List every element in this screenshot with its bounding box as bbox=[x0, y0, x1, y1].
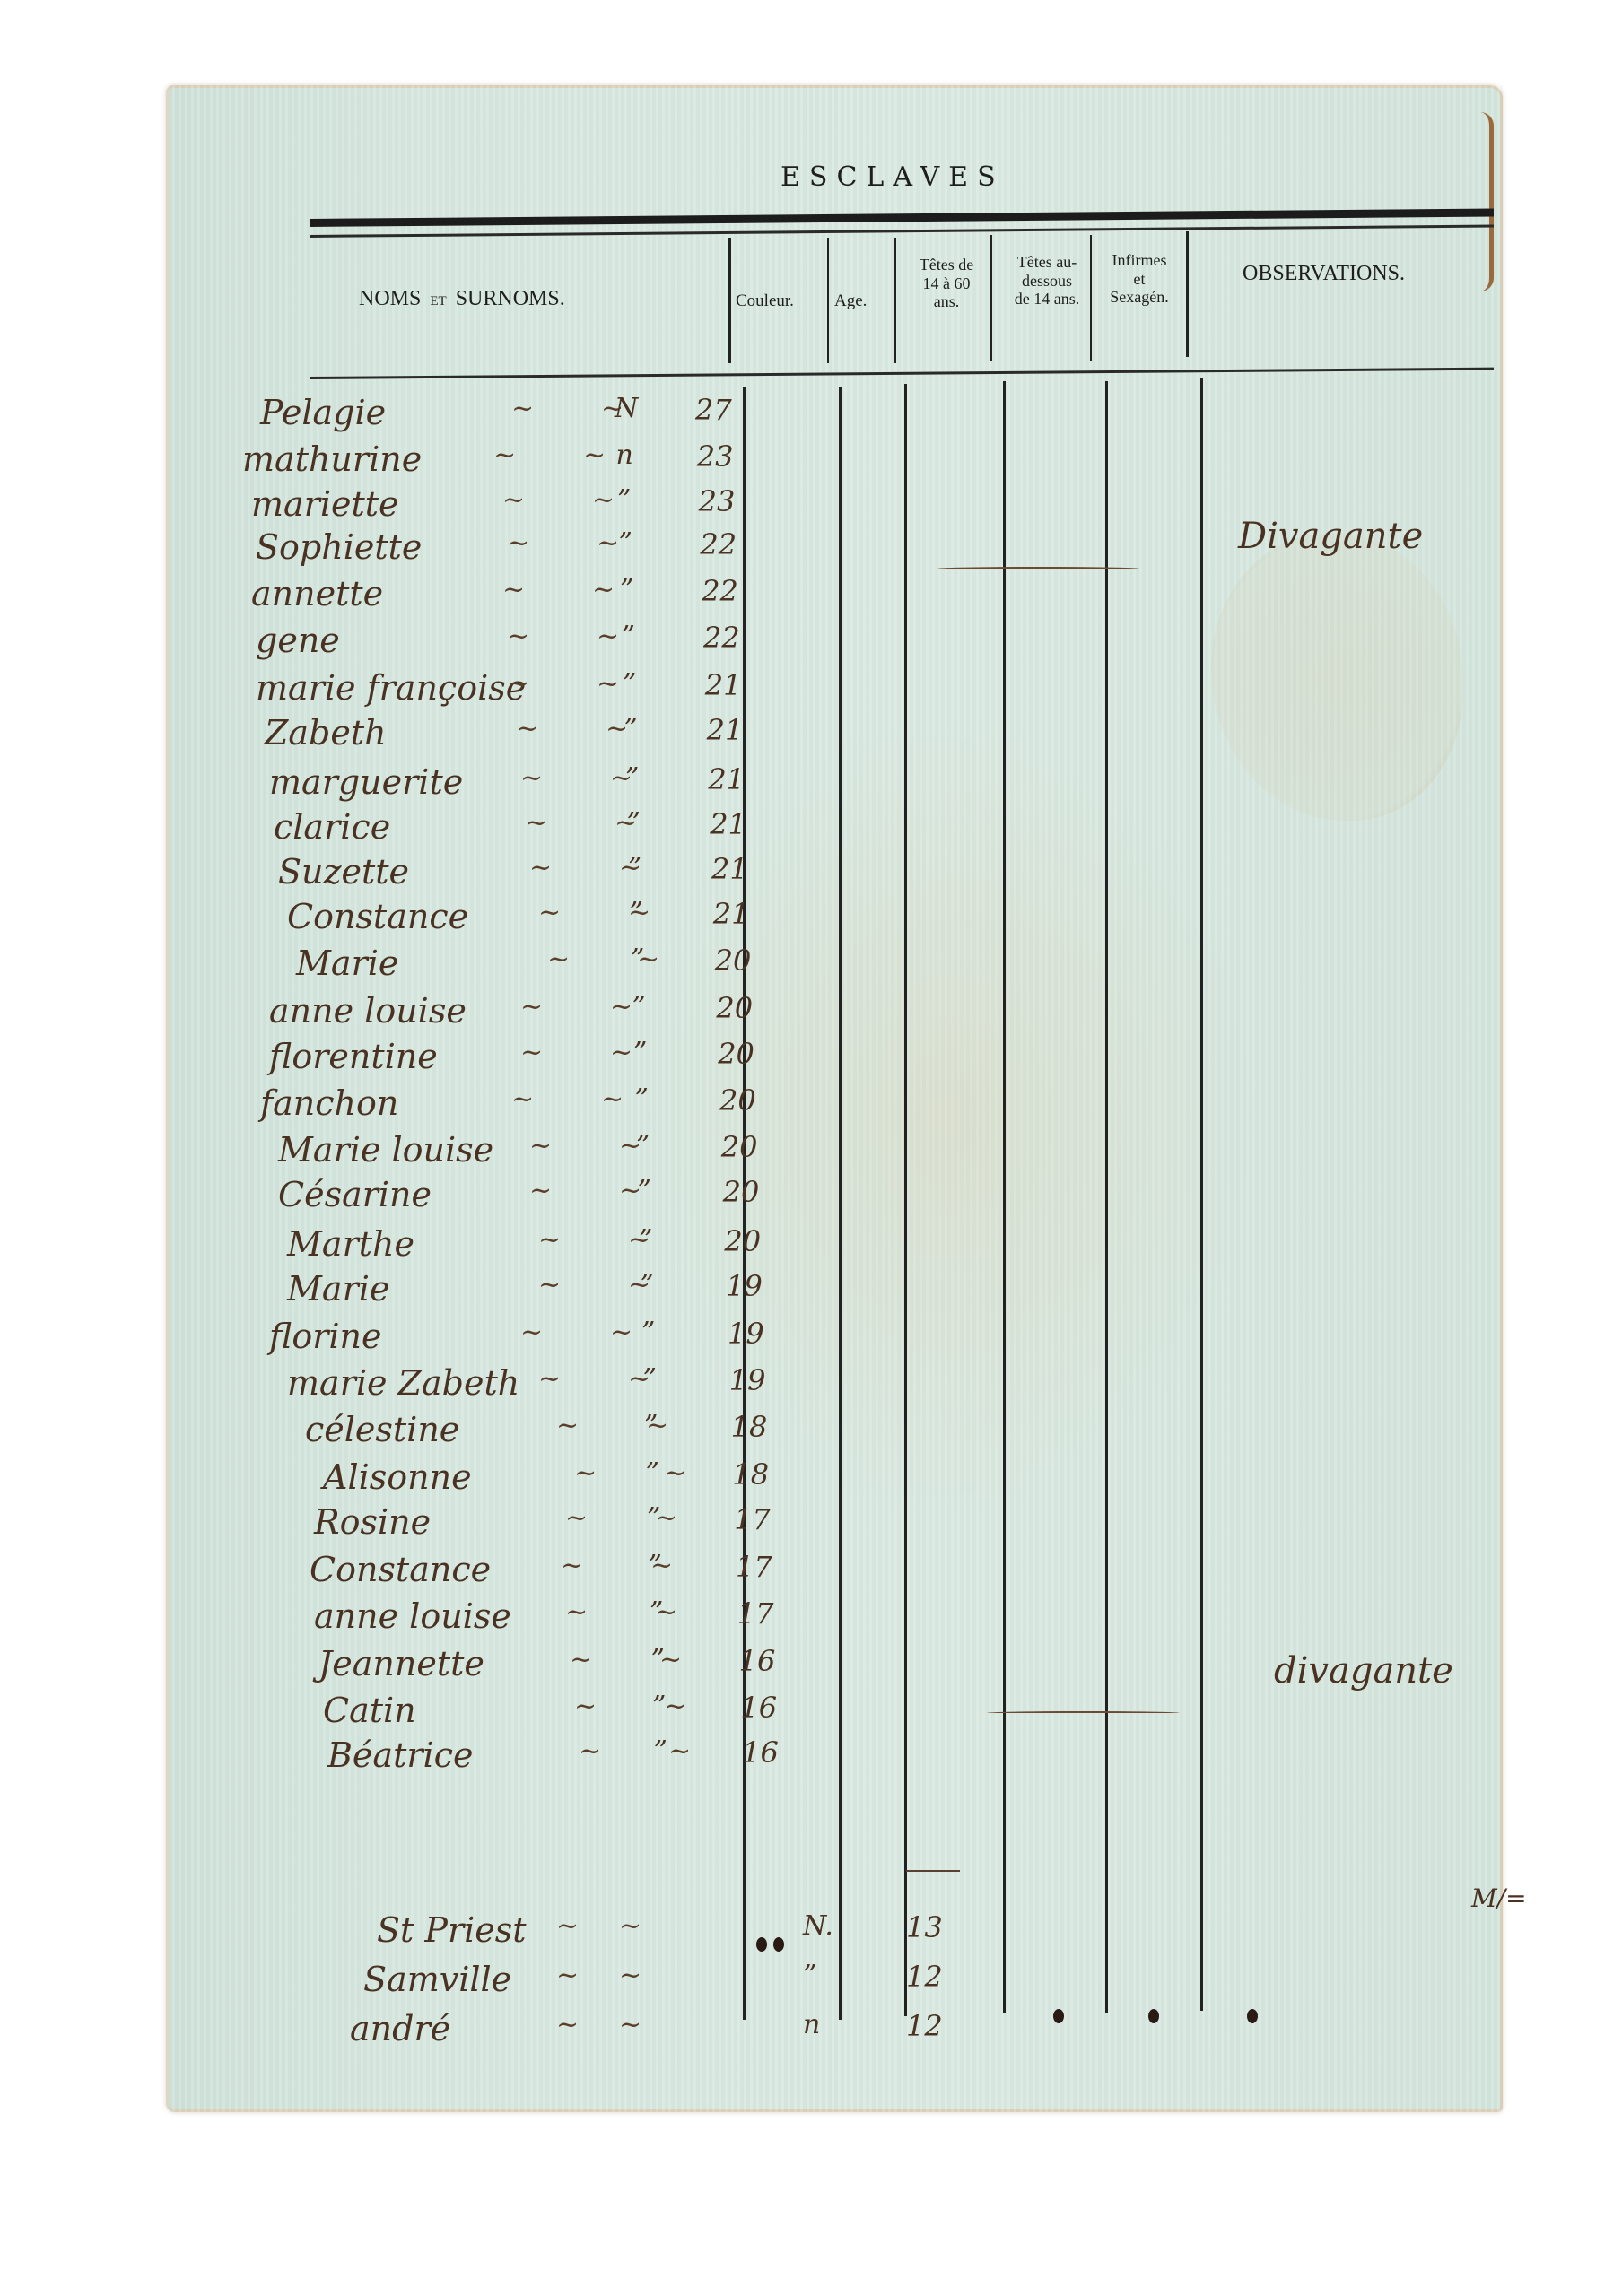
header-line: Sexagén. bbox=[1099, 288, 1180, 307]
slave-name: gene bbox=[256, 621, 340, 660]
age-cell: 21 bbox=[705, 668, 742, 702]
header-divider bbox=[894, 238, 896, 363]
table-row: fanchon~~”20 bbox=[0, 1083, 1337, 1130]
couleur-cell: ” bbox=[631, 944, 644, 975]
table-row-minor: andré~~n12 bbox=[0, 2009, 1337, 2056]
age-cell: 20 bbox=[718, 1037, 754, 1071]
ditto-dash: ~ bbox=[493, 439, 516, 471]
couleur-cell: ” bbox=[639, 1224, 652, 1256]
header-noms: NOMS bbox=[359, 287, 421, 310]
page-title: ESCLAVES bbox=[780, 161, 1005, 193]
column-header-observations: OBSERVATIONS. bbox=[1243, 262, 1405, 287]
couleur-cell: ” bbox=[652, 1691, 666, 1722]
ditto-dash: ~ bbox=[520, 1037, 543, 1068]
age-cell: 22 bbox=[703, 621, 740, 655]
ditto-dash: ~ bbox=[538, 1363, 561, 1395]
age-cell: 21 bbox=[710, 807, 746, 841]
column-header-tetes-under-14: Têtes au- dessous de 14 ans. bbox=[998, 253, 1096, 309]
header-line: Infirmes bbox=[1099, 251, 1180, 270]
couleur-cell: ” bbox=[635, 1083, 649, 1115]
ditto-dash: ~ bbox=[610, 1037, 632, 1068]
ditto-dash: ~ bbox=[502, 484, 525, 516]
couleur-cell: ” bbox=[623, 668, 636, 700]
couleur-cell: ” bbox=[803, 1960, 816, 1991]
couleur-cell: ” bbox=[625, 762, 639, 794]
ditto-dash: ~ bbox=[556, 2009, 579, 2040]
table-row: marguerite~~”21 bbox=[0, 762, 1337, 809]
ditto-dash: ~ bbox=[570, 1644, 592, 1675]
table-row: marie Zabeth~~”19 bbox=[0, 1363, 1337, 1410]
column-header-names: NOMSETSURNOMS. bbox=[359, 287, 565, 312]
ditto-dash: ~ bbox=[529, 1175, 552, 1206]
slave-name: Marthe bbox=[287, 1224, 414, 1264]
ditto-dash: ~ bbox=[529, 852, 552, 883]
age-cell: 12 bbox=[906, 2009, 943, 2043]
table-row: annette~~”22 bbox=[0, 574, 1337, 621]
couleur-cell: n bbox=[803, 2009, 820, 2040]
header-divider bbox=[1090, 235, 1092, 361]
header-line: ans. bbox=[902, 292, 991, 311]
slave-name: Zabeth bbox=[265, 713, 387, 752]
slave-name: andré bbox=[350, 2009, 450, 2048]
couleur-cell: ” bbox=[630, 897, 643, 928]
couleur-cell: ” bbox=[649, 1550, 662, 1581]
table-row-minor: St Priest~~N.13 bbox=[0, 1910, 1337, 1957]
slave-name: Pelagie bbox=[260, 393, 386, 432]
header-et: ET bbox=[430, 294, 446, 309]
age-cell: 13 bbox=[906, 1910, 943, 1944]
header-line: et bbox=[1099, 270, 1180, 289]
couleur-cell: ” bbox=[628, 852, 641, 883]
ditto-dash: ~ bbox=[592, 574, 615, 605]
couleur-cell: ” bbox=[644, 1410, 658, 1441]
age-cell: 20 bbox=[716, 991, 753, 1025]
age-cell: 12 bbox=[906, 1960, 943, 1994]
slave-name: marie Zabeth bbox=[287, 1363, 519, 1403]
ditto-dash: ~ bbox=[610, 991, 632, 1022]
slave-name: mathurine bbox=[242, 439, 422, 479]
slave-name: florine bbox=[269, 1317, 382, 1356]
slave-name: célestine bbox=[305, 1410, 459, 1449]
table-row: Zabeth~~”21 bbox=[0, 713, 1337, 760]
couleur-cell: ” bbox=[633, 1037, 647, 1068]
table-row: Marie~~”19 bbox=[0, 1269, 1337, 1316]
ditto-dash: ~ bbox=[556, 1410, 579, 1441]
table-row: Alisonne~~”18 bbox=[0, 1457, 1337, 1504]
ditto-dash: ~ bbox=[574, 1457, 597, 1489]
couleur-cell: ” bbox=[632, 991, 646, 1022]
age-cell: 17 bbox=[737, 1596, 774, 1631]
couleur-cell: ” bbox=[647, 1502, 660, 1534]
table-row: anne louise~~”17 bbox=[0, 1596, 1337, 1643]
couleur-cell: ” bbox=[617, 484, 631, 516]
ditto-dash: ~ bbox=[619, 1960, 641, 1991]
slave-name: St Priest bbox=[377, 1910, 527, 1950]
couleur-cell: ” bbox=[650, 1596, 663, 1628]
couleur-cell: ” bbox=[620, 574, 633, 605]
age-cell: 21 bbox=[711, 852, 748, 886]
age-cell: 20 bbox=[724, 1224, 761, 1258]
age-cell: 21 bbox=[713, 897, 750, 931]
strike-mark bbox=[987, 1711, 1180, 1715]
slave-name: annette bbox=[251, 574, 383, 613]
ditto-dash: ~ bbox=[556, 1960, 579, 1991]
age-cell: 19 bbox=[726, 1269, 763, 1303]
ditto-dash: ~ bbox=[520, 1317, 543, 1348]
header-surnoms: SURNOMS. bbox=[456, 287, 565, 310]
ditto-dash: ~ bbox=[507, 668, 529, 700]
ditto-dash: ~ bbox=[520, 991, 543, 1022]
table-row: florentine~~”20 bbox=[0, 1037, 1337, 1083]
slave-name: Césarine bbox=[278, 1175, 432, 1214]
slave-name: Alisonne bbox=[323, 1457, 472, 1497]
age-cell: 20 bbox=[723, 1175, 760, 1209]
age-cell: 16 bbox=[742, 1735, 779, 1770]
slave-name: anne louise bbox=[314, 1596, 511, 1636]
ditto-dash: ~ bbox=[664, 1457, 686, 1489]
age-cell: 23 bbox=[697, 439, 734, 474]
ditto-dash: ~ bbox=[601, 1083, 624, 1115]
ditto-dash: ~ bbox=[565, 1596, 588, 1628]
table-row: anne louise~~”20 bbox=[0, 991, 1337, 1038]
slave-name: Catin bbox=[323, 1691, 416, 1730]
age-cell: 23 bbox=[699, 484, 736, 518]
ditto-dash: ~ bbox=[579, 1735, 601, 1767]
slave-name: Marie louise bbox=[278, 1130, 493, 1170]
ditto-dash: ~ bbox=[502, 574, 525, 605]
slave-name: Constance bbox=[310, 1550, 491, 1589]
header-line: Têtes de bbox=[902, 256, 991, 274]
couleur-cell: ” bbox=[641, 1269, 654, 1300]
ditto-dash: ~ bbox=[507, 527, 529, 559]
strike-mark bbox=[937, 567, 1139, 570]
slave-name: fanchon bbox=[260, 1083, 398, 1123]
table-row: Pelagie~~N27 bbox=[0, 393, 1337, 439]
age-cell: 17 bbox=[736, 1550, 772, 1584]
couleur-cell: ” bbox=[624, 713, 638, 744]
age-cell: 16 bbox=[739, 1644, 776, 1678]
ditto-dash: ~ bbox=[592, 484, 615, 516]
header-divider bbox=[728, 238, 731, 363]
couleur-cell: N. bbox=[803, 1910, 833, 1942]
header-line: 14 à 60 bbox=[902, 274, 991, 293]
slave-name: Marie bbox=[287, 1269, 389, 1309]
ditto-dash: ~ bbox=[597, 527, 619, 559]
ditto-dash: ~ bbox=[556, 1910, 579, 1942]
age-cell: 19 bbox=[728, 1317, 764, 1351]
table-row: célestine~~”18 bbox=[0, 1410, 1337, 1457]
ditto-dash: ~ bbox=[664, 1691, 686, 1722]
table-row: clarice~~”21 bbox=[0, 807, 1337, 854]
age-cell: 27 bbox=[695, 393, 732, 427]
age-cell: 17 bbox=[734, 1502, 771, 1536]
table-row: Sophiette~~”22 bbox=[0, 527, 1337, 574]
table-row: Constance~~”21 bbox=[0, 897, 1337, 944]
table-row: mathurine~~n23 bbox=[0, 439, 1337, 486]
table-row: Marthe~~”20 bbox=[0, 1224, 1337, 1271]
table-row: Marie louise~~”20 bbox=[0, 1130, 1337, 1177]
ink-blot bbox=[756, 1937, 767, 1952]
table-row: mariette~~”23 bbox=[0, 484, 1337, 531]
header-line: de 14 ans. bbox=[998, 290, 1096, 309]
header-divider bbox=[827, 238, 829, 363]
slave-name: marguerite bbox=[269, 762, 463, 802]
table-row: Marie~~”20 bbox=[0, 944, 1337, 990]
table-row: florine~~”19 bbox=[0, 1317, 1337, 1363]
ditto-dash: ~ bbox=[619, 1910, 641, 1942]
age-cell: 21 bbox=[707, 713, 744, 747]
ditto-dash: ~ bbox=[525, 807, 547, 839]
table-row: Rosine~~”17 bbox=[0, 1502, 1337, 1549]
margin-mark: M/= bbox=[1471, 1883, 1527, 1913]
header-divider bbox=[1186, 231, 1189, 357]
observation-divagante-1: Divagante bbox=[1238, 516, 1423, 557]
couleur-cell: N bbox=[615, 393, 638, 424]
ditto-dash: ~ bbox=[511, 393, 534, 424]
slave-name: Constance bbox=[287, 897, 468, 936]
ditto-dash: ~ bbox=[668, 1735, 691, 1767]
ditto-dash: ~ bbox=[561, 1550, 583, 1581]
subtotal-line bbox=[906, 1870, 960, 1872]
age-cell: 20 bbox=[719, 1083, 756, 1118]
slave-name: florentine bbox=[269, 1037, 438, 1076]
ditto-dash: ~ bbox=[619, 2009, 641, 2040]
couleur-cell: ” bbox=[619, 527, 632, 559]
table-row: marie françoise~~”21 bbox=[0, 668, 1337, 715]
couleur-cell: ” bbox=[651, 1644, 665, 1675]
ditto-dash: ~ bbox=[538, 1224, 561, 1256]
ditto-dash: ~ bbox=[538, 1269, 561, 1300]
column-header-couleur: Couleur. bbox=[736, 291, 794, 311]
slave-name: Samville bbox=[363, 1960, 511, 1999]
table-row: Constance~~”17 bbox=[0, 1550, 1337, 1596]
slave-name: Jeannette bbox=[318, 1644, 484, 1683]
column-header-infirmes: Infirmes et Sexagén. bbox=[1099, 251, 1180, 307]
slave-name: marie françoise bbox=[256, 668, 526, 708]
age-cell: 20 bbox=[721, 1130, 758, 1164]
couleur-cell: ” bbox=[636, 1130, 650, 1161]
age-cell: 20 bbox=[715, 944, 752, 978]
ditto-dash: ~ bbox=[610, 1317, 632, 1348]
age-cell: 22 bbox=[702, 574, 738, 608]
couleur-cell: ” bbox=[638, 1175, 651, 1206]
couleur-cell: ” bbox=[643, 1363, 657, 1395]
age-cell: 18 bbox=[732, 1457, 769, 1492]
age-cell: 18 bbox=[731, 1410, 768, 1444]
column-header-age: Age. bbox=[834, 291, 867, 311]
ditto-dash: ~ bbox=[583, 439, 606, 471]
slave-name: mariette bbox=[251, 484, 399, 524]
ditto-dash: ~ bbox=[507, 621, 529, 652]
couleur-cell: ” bbox=[622, 621, 635, 652]
slave-name: Sophiette bbox=[256, 527, 422, 567]
table-row: gene~~”22 bbox=[0, 621, 1337, 667]
table-row: Césarine~~”20 bbox=[0, 1175, 1337, 1222]
header-line: Têtes au- bbox=[998, 253, 1096, 272]
slave-name: clarice bbox=[274, 807, 390, 847]
table-row-minor: Samville~~”12 bbox=[0, 1960, 1337, 2006]
age-cell: 22 bbox=[700, 527, 737, 561]
couleur-cell: ” bbox=[654, 1735, 667, 1767]
slave-name: Marie bbox=[296, 944, 398, 983]
ditto-dash: ~ bbox=[574, 1691, 597, 1722]
ditto-dash: ~ bbox=[511, 1083, 534, 1115]
table-row: Suzette~~”21 bbox=[0, 852, 1337, 899]
observation-divagante-2: divagante bbox=[1274, 1650, 1453, 1692]
age-cell: 19 bbox=[729, 1363, 766, 1397]
ditto-dash: ~ bbox=[565, 1502, 588, 1534]
ditto-dash: ~ bbox=[520, 762, 543, 794]
slave-name: anne louise bbox=[269, 991, 467, 1031]
couleur-cell: ” bbox=[646, 1457, 659, 1489]
header-divider bbox=[990, 235, 992, 361]
ditto-dash: ~ bbox=[529, 1130, 552, 1161]
ink-blot bbox=[773, 1937, 784, 1952]
table-row: Béatrice~~”16 bbox=[0, 1735, 1337, 1782]
couleur-cell: ” bbox=[641, 1317, 655, 1348]
ditto-dash: ~ bbox=[597, 621, 619, 652]
slave-name: Béatrice bbox=[327, 1735, 473, 1775]
age-cell: 21 bbox=[708, 762, 745, 796]
table-row: Jeannette~~”16 bbox=[0, 1644, 1337, 1691]
edge-stain bbox=[1480, 112, 1494, 291]
ditto-dash: ~ bbox=[547, 944, 570, 975]
ditto-dash: ~ bbox=[597, 668, 619, 700]
slave-name: Rosine bbox=[314, 1502, 431, 1542]
header-line: dessous bbox=[998, 272, 1096, 291]
age-cell: 16 bbox=[740, 1691, 777, 1725]
column-header-tetes-14-60: Têtes de 14 à 60 ans. bbox=[902, 256, 991, 311]
slave-name: Suzette bbox=[278, 852, 409, 891]
couleur-cell: n bbox=[616, 439, 633, 471]
ditto-dash: ~ bbox=[516, 713, 538, 744]
couleur-cell: ” bbox=[627, 807, 641, 839]
ditto-dash: ~ bbox=[538, 897, 561, 928]
